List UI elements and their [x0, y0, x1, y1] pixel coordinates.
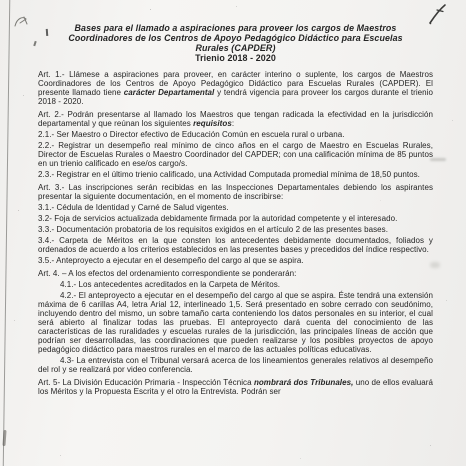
- body-text: 3.2- Foja de servicios actualizada debid…: [38, 214, 397, 223]
- article-1: Art. 1.- Llámese a aspiraciones para pro…: [38, 70, 433, 106]
- body-text: Art. 5- La División Educación Primaria -…: [38, 378, 254, 387]
- body-text: 3.4.- Carpeta de Méritos en la que const…: [38, 236, 433, 254]
- body-text: 4.2.- El anteproyecto a ejecutar en el d…: [38, 291, 433, 354]
- body-text: 4.3- La entrevista con el Tribunal versa…: [38, 356, 433, 374]
- body-text: 2.1.- Ser Maestro o Director efectivo de…: [38, 130, 345, 139]
- body-text: :: [232, 119, 234, 128]
- article-5: Art. 5- La División Educación Primaria -…: [38, 378, 433, 396]
- article-3: Art. 3.- Las inscripciones serán recibid…: [38, 183, 433, 201]
- scan-edge-blot: [2, 430, 6, 446]
- item-3-4: 3.4.- Carpeta de Méritos en la que const…: [38, 236, 433, 254]
- body-text: Art. 3.- Las inscripciones serán recibid…: [38, 183, 433, 201]
- body-text: 2.3.- Registrar en el último trienio cal…: [38, 170, 420, 179]
- item-2-1: 2.1.- Ser Maestro o Director efectivo de…: [38, 130, 433, 139]
- item-3-5: 3.5.- Anteproyecto a ejecutar en el dese…: [38, 256, 433, 265]
- body-text: 2.2.- Registrar un desempeño real mínimo…: [38, 141, 433, 168]
- body-text: 4.1.- Los antecedentes acreditados en la…: [60, 280, 280, 289]
- scanned-document-page: Bases para el llamado a aspiraciones par…: [0, 0, 466, 466]
- title-line-4: Trienio 2018 - 2020: [38, 53, 433, 63]
- emphasis-text: requisitos: [193, 119, 232, 128]
- body-text: 3.3.- Documentación probatoria de los re…: [38, 225, 388, 234]
- body-text: Art. 4. – A los efectos del ordenamiento…: [38, 269, 296, 278]
- item-4-2: 4.2.- El anteproyecto a ejecutar en el d…: [38, 291, 433, 354]
- item-3-2: 3.2- Foja de servicios actualizada debid…: [38, 214, 433, 223]
- article-4: Art. 4. – A los efectos del ordenamiento…: [38, 269, 433, 278]
- title-line-2: Coordinadores de los Centros de Apoyo Pe…: [38, 33, 433, 43]
- emphasis-text: nombrará dos Tribunales,: [254, 378, 353, 387]
- body-text: 3.1.- Cédula de Identidad y Carné de Sal…: [38, 203, 229, 212]
- title-line-1: Bases para el llamado a aspiraciones par…: [38, 23, 433, 33]
- item-2-3: 2.3.- Registrar en el último trienio cal…: [38, 170, 433, 179]
- scan-speckles: [0, 0, 1, 1]
- item-2-2: 2.2.- Registrar un desempeño real mínimo…: [38, 141, 433, 168]
- emphasis-text: carácter Departamental: [124, 88, 215, 97]
- stray-pen-tick: [33, 41, 36, 46]
- body-text: 3.5.- Anteproyecto a ejecutar en el dese…: [38, 256, 304, 265]
- title-line-3: Rurales (CAPDER): [38, 43, 433, 53]
- handwritten-scribble-icon: [12, 14, 30, 30]
- item-3-1: 3.1.- Cédula de Identidad y Carné de Sal…: [38, 203, 433, 212]
- item-4-3: 4.3- La entrevista con el Tribunal versa…: [38, 356, 433, 374]
- document-content: Bases para el llamado a aspiraciones par…: [38, 23, 433, 396]
- paper-edge-line: [3, 0, 11, 466]
- article-2: Art. 2.- Podrán presentarse al llamado l…: [38, 110, 433, 128]
- document-paragraphs: Art. 1.- Llámese a aspiraciones para pro…: [38, 70, 433, 396]
- document-title: Bases para el llamado a aspiraciones par…: [38, 23, 433, 63]
- item-3-3: 3.3.- Documentación probatoria de los re…: [38, 225, 433, 234]
- item-4-1: 4.1.- Los antecedentes acreditados en la…: [38, 280, 433, 289]
- body-text: Art. 2.- Podrán presentarse al llamado l…: [38, 110, 433, 128]
